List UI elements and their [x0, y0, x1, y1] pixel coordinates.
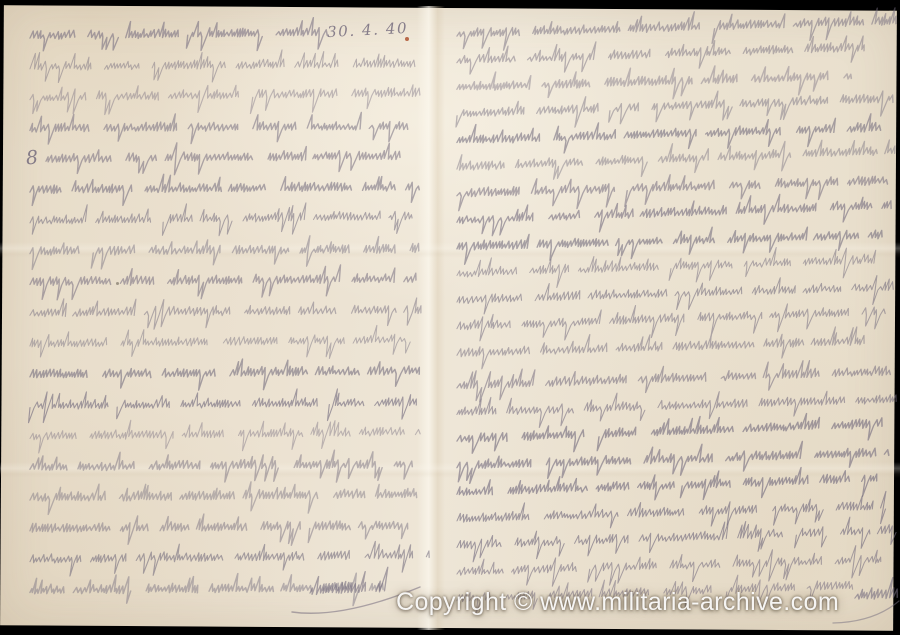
handwriting-line: [27, 482, 432, 515]
handwriting-line: [454, 327, 869, 369]
handwriting-line: [454, 414, 885, 454]
handwriting-strokes: [0, 0, 900, 635]
handwriting-line: [454, 194, 895, 235]
handwriting-line: [27, 265, 419, 300]
handwriting-line: [27, 18, 331, 51]
handwriting-line: [454, 391, 899, 427]
handwritten-numeral: 8: [25, 147, 39, 170]
handwriting-line: [454, 36, 868, 74]
handwriting-line: [27, 85, 422, 115]
handwriting-line: [27, 174, 422, 205]
handwriting-line: [27, 514, 426, 545]
handwriting-line: [855, 578, 900, 600]
handwriting-line: [27, 389, 420, 423]
handwriting-line: [833, 601, 899, 623]
handwriting-line: [454, 276, 897, 314]
handwriting-line: [454, 114, 884, 153]
handwriting-line: [454, 304, 888, 341]
handwriting-line: [454, 8, 900, 50]
handwriting-line: [27, 203, 415, 236]
handwriting-line: [454, 91, 896, 127]
handwriting-line: [453, 517, 899, 562]
handwriting-line: [456, 468, 880, 500]
handwriting-line: [453, 361, 893, 402]
handwriting-line: [27, 420, 423, 453]
handwriting-line: [27, 359, 422, 390]
handwriting-line: [43, 143, 414, 175]
handwriting-line: [455, 491, 890, 527]
handwriting-line: [27, 542, 433, 577]
handwriting-line: [27, 325, 413, 358]
handwriting-line: [27, 450, 416, 482]
handwriting-line: [27, 50, 418, 83]
handwriting-line: [454, 546, 885, 587]
handwriting-line: [453, 175, 890, 211]
watermark-text: Copyright © www.militaria-archive.com: [396, 588, 839, 617]
letter-scan: { "scan": { "background_color": "#000000…: [0, 0, 900, 635]
handwriting-line: [455, 66, 855, 99]
handwriting-line: [27, 113, 411, 145]
handwriting-line: [453, 227, 884, 264]
handwriting-line: [27, 236, 422, 270]
handwriting-line: [454, 248, 878, 288]
handwriting-line: [454, 140, 898, 179]
handwriting-line: [27, 298, 424, 329]
